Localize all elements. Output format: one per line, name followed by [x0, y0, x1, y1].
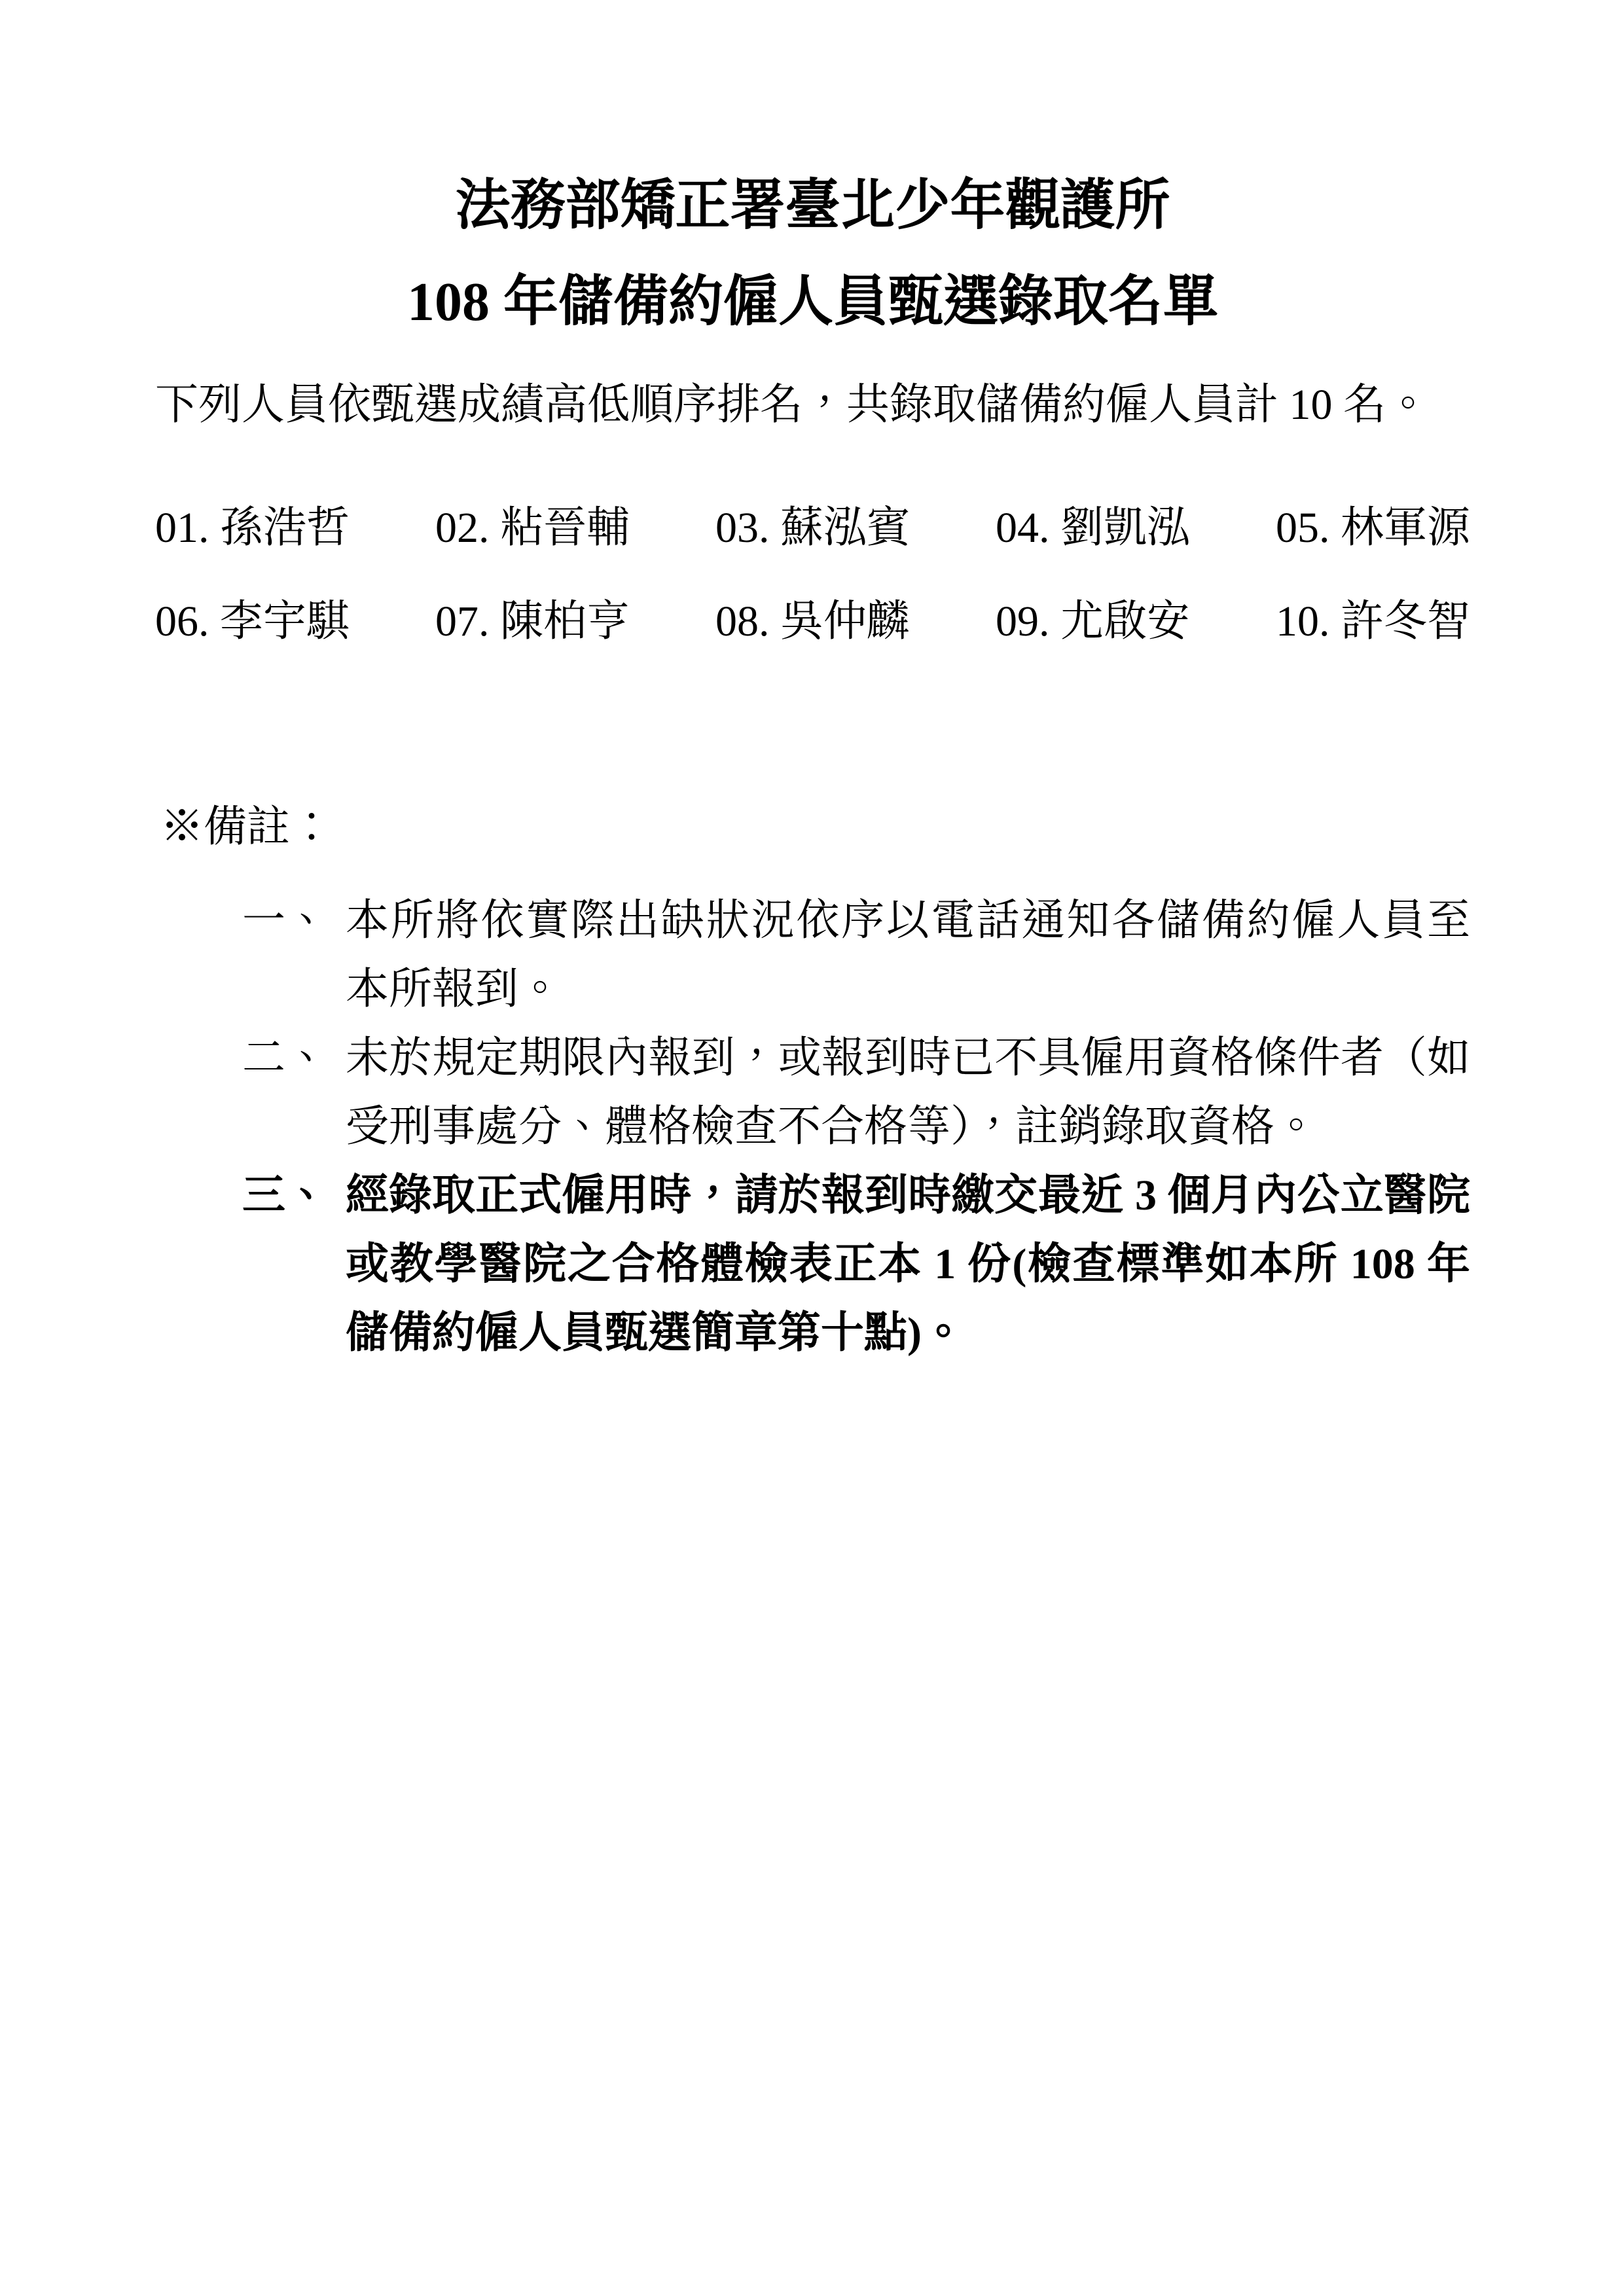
- note-line: 三、經錄取正式僱用時，請於報到時繳交最近 3 個月內公立醫院: [155, 1161, 1470, 1230]
- note-text: 本所將依實際出缺狀況依序以電話通知各儲備約僱人員至: [346, 886, 1470, 955]
- notes-heading: ※備註：: [160, 797, 1470, 857]
- roster-entry: 06. 李宇騏: [155, 592, 350, 652]
- note-line: 一、本所將依實際出缺狀況依序以電話通知各儲備約僱人員至: [155, 886, 1470, 955]
- note-number: 三、: [242, 1161, 329, 1230]
- note-line: 本所報到。: [155, 955, 1470, 1024]
- notes-list: 一、本所將依實際出缺狀況依序以電話通知各儲備約僱人員至 本所報到。 二、未於規定…: [155, 886, 1470, 1367]
- roster-entry: 05. 林軍源: [1276, 498, 1470, 558]
- note-text: 經錄取正式僱用時，請於報到時繳交最近 3 個月內公立醫院: [346, 1161, 1470, 1230]
- roster-entry: 04. 劉凱泓: [996, 498, 1190, 558]
- roster-entry: 08. 吳仲麟: [715, 592, 910, 652]
- note-line: 受刑事處分、體格檢查不合格等），註銷錄取資格。: [155, 1092, 1470, 1161]
- note-number: 二、: [242, 1024, 329, 1092]
- note-item-1: 一、本所將依實際出缺狀況依序以電話通知各儲備約僱人員至 本所報到。: [155, 886, 1470, 1024]
- roster-entry: 10. 許冬智: [1276, 592, 1470, 652]
- roster-row-2: 06. 李宇騏 07. 陳柏亨 08. 吳仲麟 09. 尤啟安 10. 許冬智: [155, 592, 1470, 652]
- document-subtitle: 108 年儲備約僱人員甄選錄取名單: [155, 268, 1470, 337]
- intro-paragraph: 下列人員依甄選成績高低順序排名，共錄取儲備約僱人員計 10 名。: [155, 375, 1470, 435]
- note-line: 或教學醫院之合格體檢表正本 1 份(檢查標準如本所 108 年: [155, 1230, 1470, 1299]
- document-page: 法務部矯正署臺北少年觀護所 108 年儲備約僱人員甄選錄取名單 下列人員依甄選成…: [0, 0, 1624, 2296]
- roster-entry: 02. 粘晉輔: [435, 498, 630, 558]
- roster-entry: 09. 尤啟安: [996, 592, 1190, 652]
- document-title: 法務部矯正署臺北少年觀護所: [155, 171, 1470, 241]
- note-line: 二、未於規定期限內報到，或報到時已不具僱用資格條件者（如: [155, 1024, 1470, 1092]
- roster-entry: 07. 陳柏亨: [435, 592, 630, 652]
- note-line: 儲備約僱人員甄選簡章第十點)。: [155, 1299, 1470, 1367]
- note-number: 一、: [242, 886, 329, 955]
- roster-entry: 01. 孫浩哲: [155, 498, 350, 558]
- roster-entry: 03. 蘇泓賓: [715, 498, 910, 558]
- note-item-2: 二、未於規定期限內報到，或報到時已不具僱用資格條件者（如 受刑事處分、體格檢查不…: [155, 1024, 1470, 1161]
- note-item-3: 三、經錄取正式僱用時，請於報到時繳交最近 3 個月內公立醫院 或教學醫院之合格體…: [155, 1161, 1470, 1367]
- note-text: 未於規定期限內報到，或報到時已不具僱用資格條件者（如: [346, 1024, 1470, 1092]
- roster-row-1: 01. 孫浩哲 02. 粘晉輔 03. 蘇泓賓 04. 劉凱泓 05. 林軍源: [155, 498, 1470, 558]
